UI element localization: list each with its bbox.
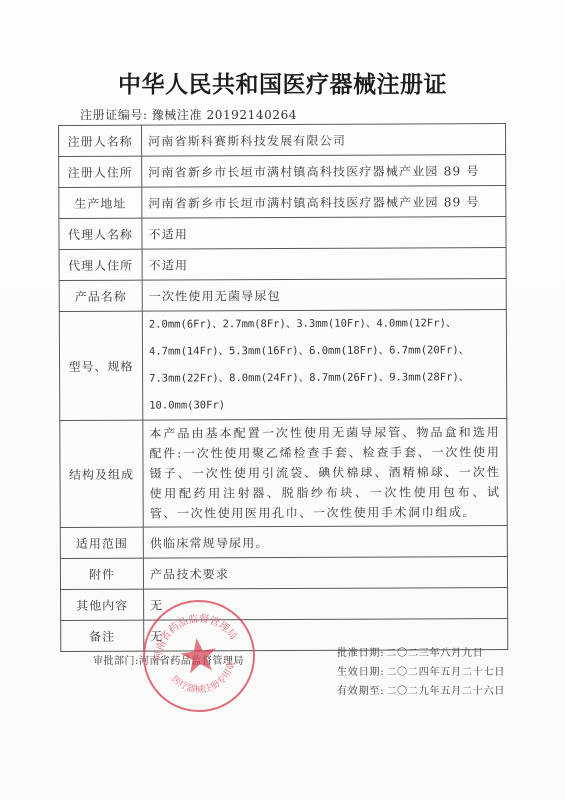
registration-number: 注册证编号:豫械注准 20192140264 bbox=[80, 106, 297, 123]
row-label: 产品名称 bbox=[59, 280, 142, 311]
registration-number-value: 豫械注准 20192140264 bbox=[152, 108, 297, 122]
row-value: 供临床常规导尿用。 bbox=[143, 526, 507, 559]
row-value: 不适用 bbox=[142, 217, 506, 250]
certificate-table: 注册人名称 河南省斯科赛斯科技发展有限公司 注册人住所 河南省新乡市长垣市满村镇… bbox=[58, 123, 508, 652]
row-label: 注册人名称 bbox=[59, 125, 142, 156]
dates-block: 批准日期:二〇二三年八月九日 生效日期:二〇二四年五月二十七日 有效期至:二〇二… bbox=[337, 644, 505, 701]
row-label: 附件 bbox=[60, 558, 143, 589]
spec-line: 10.0mm(30Fr) bbox=[149, 391, 500, 420]
row-label: 备注 bbox=[61, 620, 144, 651]
spec-line: 7.3mm(22Fr)、8.0mm(24Fr)、8.7mm(26Fr)、9.3m… bbox=[149, 364, 500, 393]
approval-date: 批准日期:二〇二三年八月九日 bbox=[337, 644, 505, 663]
department-label: 审批部门: bbox=[93, 656, 139, 667]
table-row-other: 其他内容 无 bbox=[61, 588, 508, 621]
row-value: 河南省斯科赛斯科技发展有限公司 bbox=[142, 124, 506, 157]
table-row-product-name: 产品名称 一次性使用无菌导尿包 bbox=[59, 279, 506, 312]
row-value: 不适用 bbox=[142, 248, 506, 281]
valid-until-value: 二〇二九年五月二十六日 bbox=[386, 686, 505, 697]
row-label: 结构及组成 bbox=[60, 420, 143, 527]
registration-number-label: 注册证编号: bbox=[80, 108, 148, 122]
row-label: 代理人名称 bbox=[59, 218, 142, 249]
row-value: 本产品由基本配置一次性使用无菌导尿管、物品盒和选用配件:一次性使用聚乙烯检查手套… bbox=[143, 419, 507, 528]
table-row-attachment: 附件 产品技术要求 bbox=[60, 557, 507, 590]
row-value: 一次性使用无菌导尿包 bbox=[142, 279, 506, 312]
table-row-structure: 结构及组成 本产品由基本配置一次性使用无菌导尿管、物品盒和选用配件:一次性使用聚… bbox=[60, 419, 507, 528]
table-row-agent-name: 代理人名称 不适用 bbox=[59, 217, 506, 250]
spec-line: 2.0mm(6Fr)、2.7mm(8Fr)、3.3mm(10Fr)、4.0mm(… bbox=[149, 310, 500, 339]
approval-date-value: 二〇二三年八月九日 bbox=[386, 648, 483, 659]
row-label: 适用范围 bbox=[60, 527, 143, 558]
document-title: 中华人民共和国医疗器械注册证 bbox=[0, 66, 565, 99]
table-row-scope: 适用范围 供临床常规导尿用。 bbox=[60, 526, 507, 559]
row-label: 生产地址 bbox=[59, 187, 142, 218]
table-row-production-address: 生产地址 河南省新乡市长垣市满村镇高科技医疗器械产业园 89 号 bbox=[59, 186, 506, 219]
row-label: 注册人住所 bbox=[59, 156, 142, 187]
table-row-model-spec: 型号、规格 2.0mm(6Fr)、2.7mm(8Fr)、3.3mm(10Fr)、… bbox=[59, 310, 506, 421]
row-label: 型号、规格 bbox=[59, 311, 142, 420]
row-label: 其他内容 bbox=[61, 589, 144, 620]
structure-text: 本产品由基本配置一次性使用无菌导尿管、物品盒和选用配件:一次性使用聚乙烯检查手套… bbox=[149, 420, 500, 526]
approval-date-label: 批准日期: bbox=[337, 648, 384, 659]
row-label: 代理人住所 bbox=[59, 249, 142, 280]
table-row-registrant-address: 注册人住所 河南省新乡市长垣市满村镇高科技医疗器械产业园 89 号 bbox=[59, 155, 506, 188]
row-value: 河南省新乡市长垣市满村镇高科技医疗器械产业园 89 号 bbox=[142, 155, 506, 188]
certificate-page: 中华人民共和国医疗器械注册证 注册证编号:豫械注准 20192140264 注册… bbox=[0, 0, 565, 800]
valid-until-date: 有效期至:二〇二九年五月二十六日 bbox=[337, 682, 505, 701]
spec-list: 2.0mm(6Fr)、2.7mm(8Fr)、3.3mm(10Fr)、4.0mm(… bbox=[142, 310, 506, 421]
spec-line: 4.7mm(14Fr)、5.3mm(16Fr)、6.0mm(18Fr)、6.7m… bbox=[149, 337, 500, 366]
valid-until-label: 有效期至: bbox=[337, 686, 384, 697]
row-value: 河南省新乡市长垣市满村镇高科技医疗器械产业园 89 号 bbox=[142, 186, 506, 219]
effective-date: 生效日期:二〇二四年五月二十七日 bbox=[337, 663, 505, 682]
effective-date-label: 生效日期: bbox=[337, 667, 384, 678]
table-row-registrant-name: 注册人名称 河南省斯科赛斯科技发展有限公司 bbox=[59, 124, 506, 157]
effective-date-value: 二〇二四年五月二十七日 bbox=[386, 667, 505, 678]
row-value: 产品技术要求 bbox=[143, 557, 507, 590]
table-row-agent-address: 代理人住所 不适用 bbox=[59, 248, 506, 281]
official-seal-icon: 河南省药品监督管理局 医疗器械注册专用章 bbox=[136, 593, 262, 719]
